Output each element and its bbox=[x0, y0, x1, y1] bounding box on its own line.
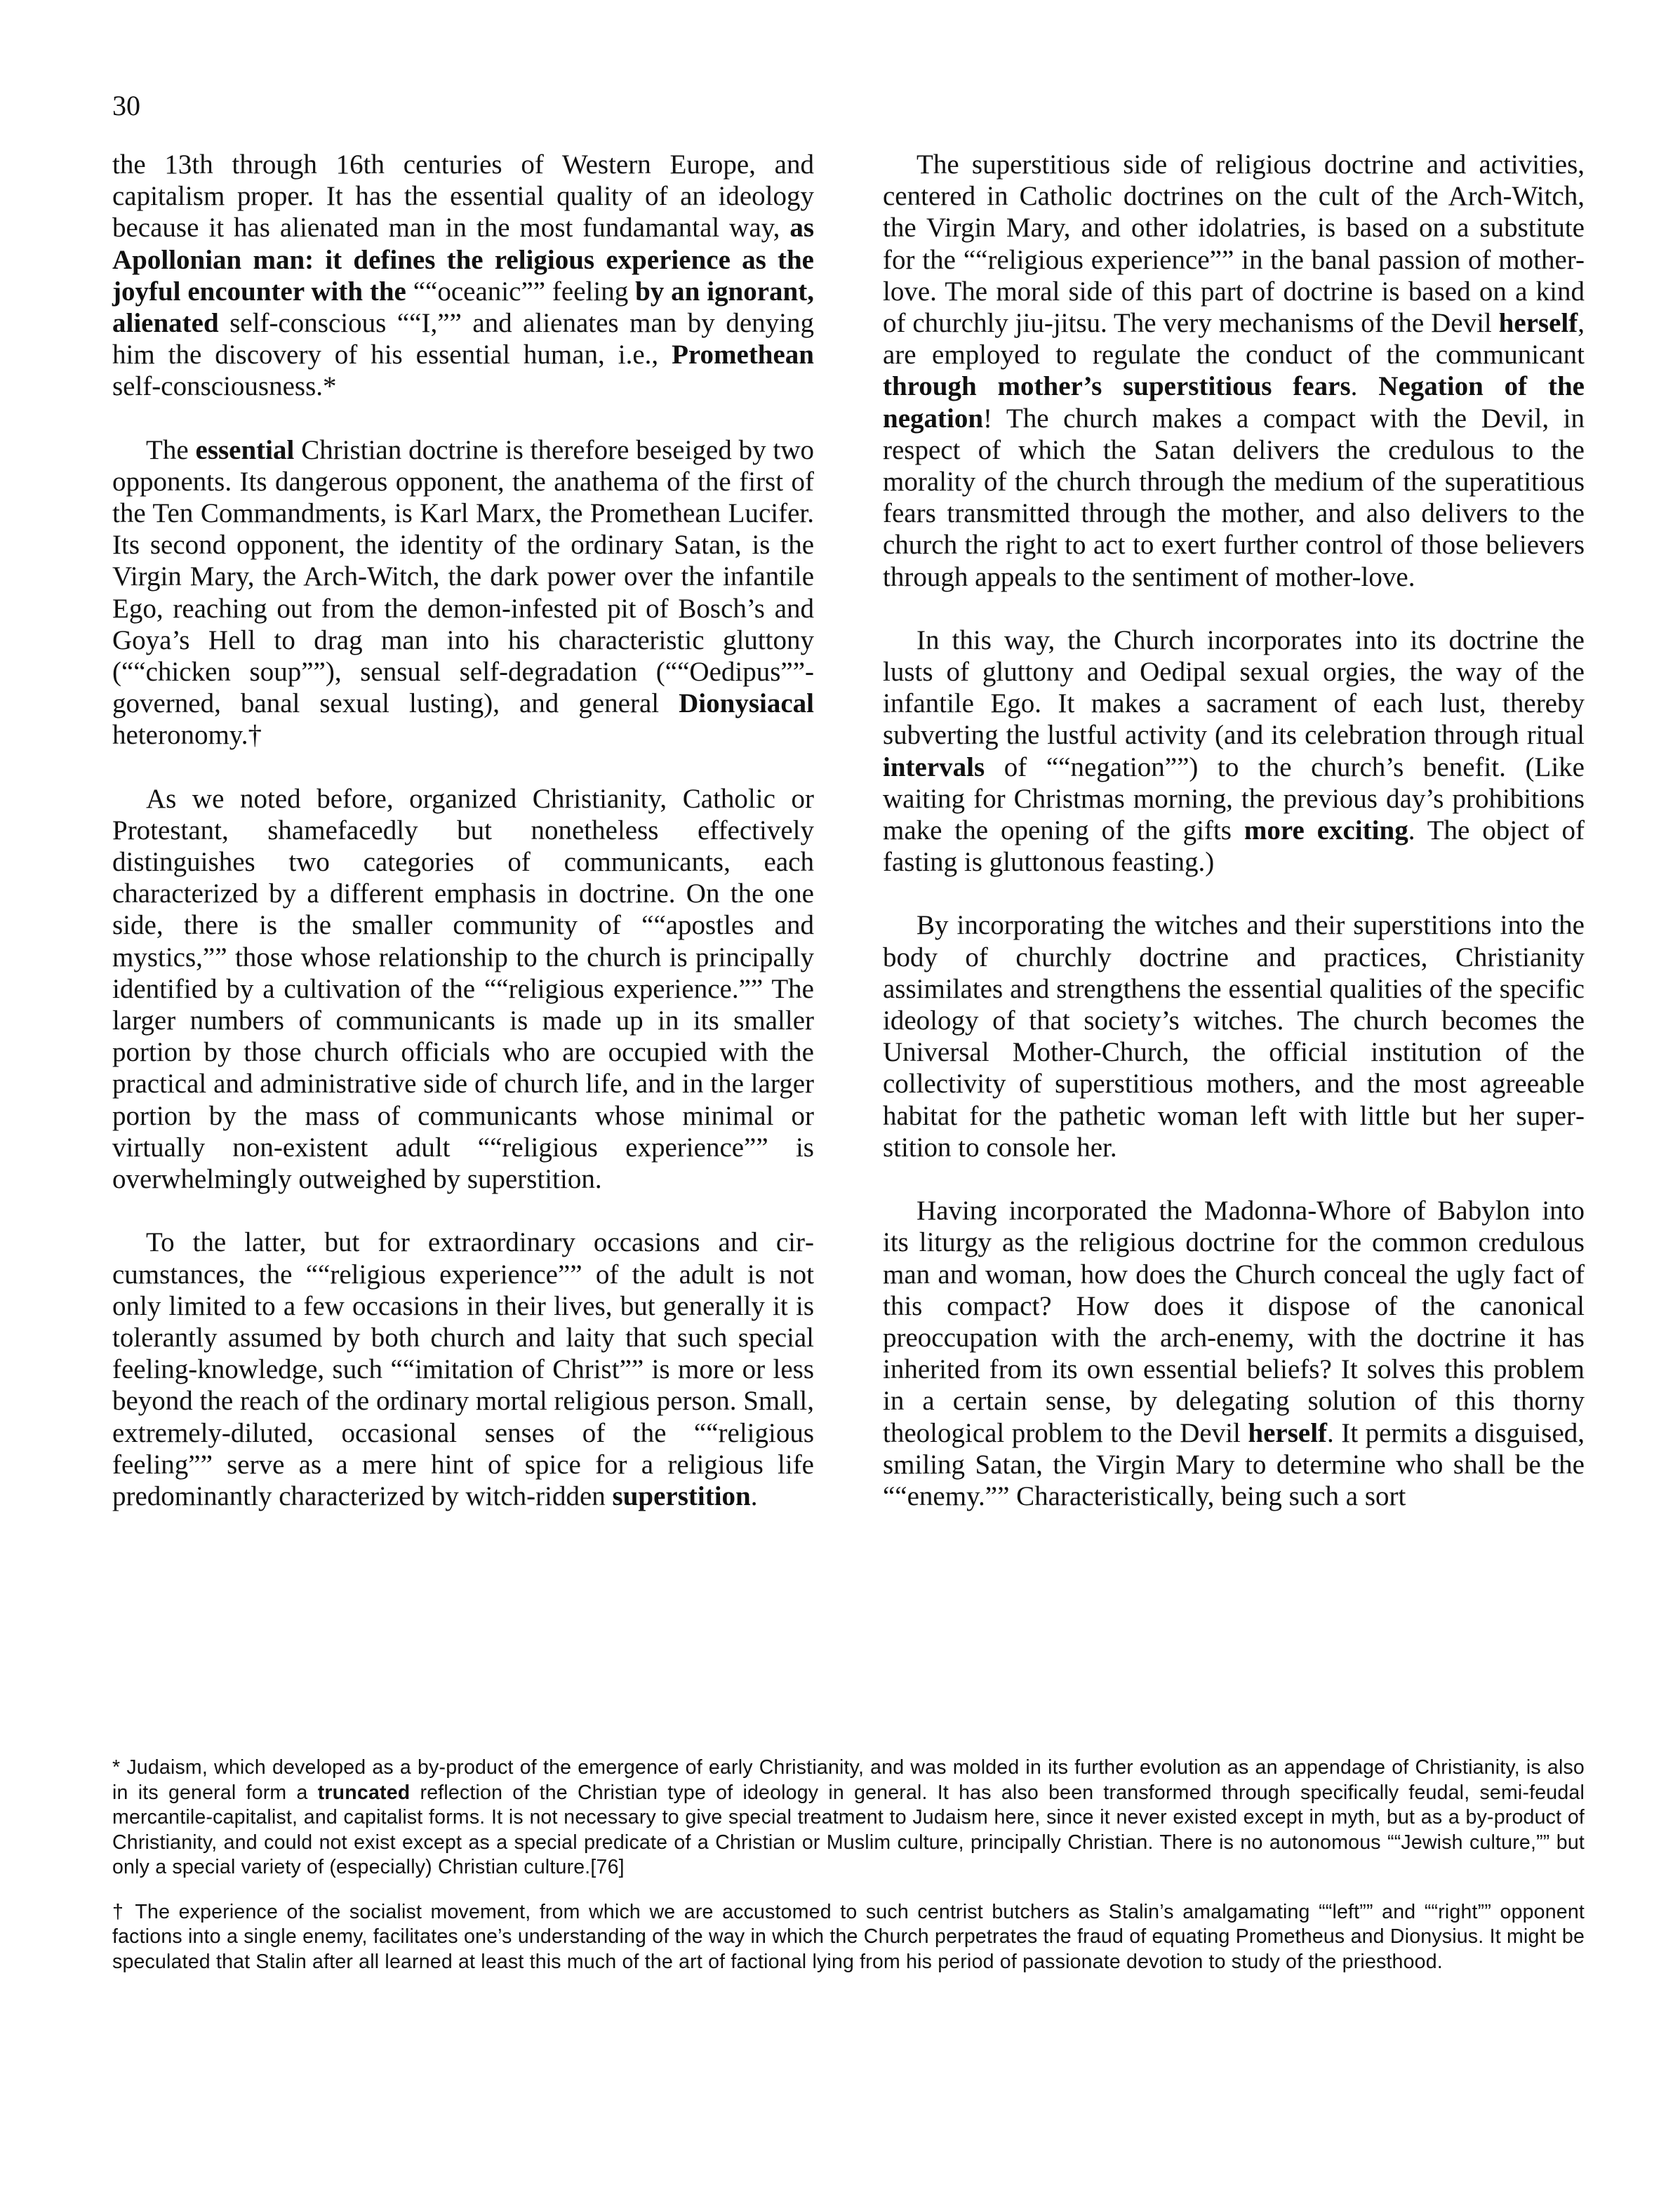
text-run: The superstitious side of religious doct… bbox=[883, 149, 1585, 338]
paragraph: the 13th through 16th centuries of Weste… bbox=[112, 149, 814, 403]
bold-text: superstition bbox=[613, 1481, 751, 1511]
paragraph: As we noted before, organized Christiani… bbox=[112, 783, 814, 1196]
bold-text: Dionysiacal bbox=[679, 688, 814, 718]
bold-text: herself bbox=[1499, 308, 1578, 338]
bold-text: Promethean bbox=[672, 340, 814, 370]
left-column: the 13th through 16th centuries of Weste… bbox=[112, 149, 814, 1544]
bold-text: through mother’s superstitious fears bbox=[883, 371, 1351, 401]
text-run: † The experience of the socialist moveme… bbox=[112, 1901, 1585, 1973]
page-number: 30 bbox=[112, 90, 140, 121]
footnotes: * Judaism, which developed as a by-produ… bbox=[112, 1756, 1585, 1994]
text-run: ““oceanic”” feeling bbox=[406, 276, 635, 307]
right-column: The superstitious side of religious doct… bbox=[883, 149, 1585, 1544]
paragraph: The essential Christian doctrine is ther… bbox=[112, 434, 814, 751]
text-run: the 13th through 16th centuries of Weste… bbox=[112, 149, 814, 243]
text-run: By incorporating the witches and their s… bbox=[883, 910, 1585, 1162]
paragraph: Having incorporated the Madonna-Whore of… bbox=[883, 1195, 1585, 1512]
bold-text: essential bbox=[196, 435, 295, 465]
text-run: The bbox=[146, 435, 196, 465]
bold-text: intervals bbox=[883, 752, 985, 782]
text-run: As we noted before, organized Christiani… bbox=[112, 784, 814, 1194]
paragraph: To the latter, but for extraordinary occ… bbox=[112, 1226, 814, 1512]
footnote-asterisk: * Judaism, which developed as a by-produ… bbox=[112, 1756, 1585, 1880]
paragraph: By incorporating the witches and their s… bbox=[883, 909, 1585, 1163]
text-run: ! The church makes a compact with the De… bbox=[883, 403, 1585, 592]
text-run: Having incorporated the Madonna-Whore of… bbox=[883, 1196, 1585, 1448]
paragraph: In this way, the Church incorporates int… bbox=[883, 624, 1585, 878]
paragraph: The superstitious side of religious doct… bbox=[883, 149, 1585, 593]
footnote-dagger: † The experience of the socialist moveme… bbox=[112, 1900, 1585, 1975]
text-run: self-consciousness.* bbox=[112, 371, 337, 401]
bold-text: herself bbox=[1248, 1418, 1327, 1448]
text-run: To the latter, but for extraordinary occ… bbox=[112, 1227, 814, 1511]
bold-text: more exciting bbox=[1244, 815, 1408, 845]
text-run: heteronomy.† bbox=[112, 720, 262, 750]
text-run: . bbox=[751, 1481, 758, 1511]
text-run: Christian doctrine is therefore beseiged… bbox=[112, 435, 814, 719]
text-run: In this way, the Church incorporates int… bbox=[883, 625, 1585, 751]
bold-text: truncated bbox=[318, 1781, 411, 1804]
text-run: . bbox=[1351, 371, 1379, 401]
